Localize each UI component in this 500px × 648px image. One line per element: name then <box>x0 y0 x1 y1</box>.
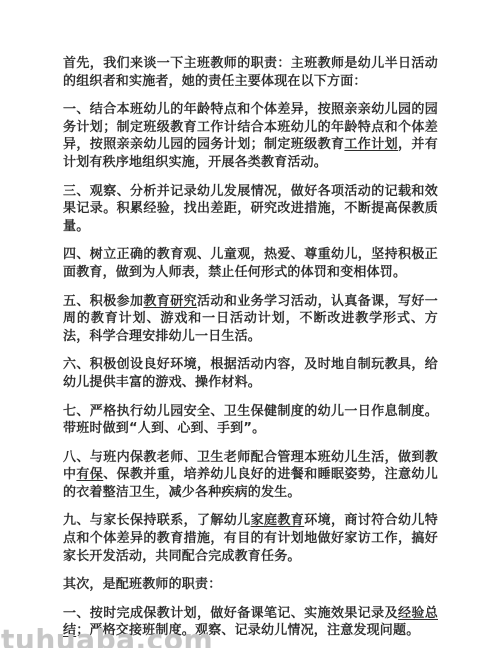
paragraph: 七、严格执行幼儿园安全、卫生保健制度的幼儿一日作息制度。带班时做到“人到、心到、… <box>63 403 438 438</box>
paragraph: 其次，是配班教师的职责： <box>63 576 438 594</box>
underlined-text-segment: 教育研究 <box>143 294 197 309</box>
underlined-text-segment: 有保 <box>76 467 103 482</box>
paragraph: 六、积极创设良好环境，根据活动内容，及时地自制玩教具，给幼儿提供丰富的游戏、操作… <box>63 356 438 391</box>
paragraph: 九、与家长保持联系，了解幼儿家庭教育环境，商讨符合幼儿特点和个体差异的教育措施，… <box>63 512 438 565</box>
underlined-text-segment: 家庭教育 <box>251 513 305 528</box>
paragraph: 三、观察、分析并记录幼儿发展情况，做好各项活动的记载和效果记录。积累经验，找出差… <box>63 183 438 236</box>
text-segment: 其次，是配班教师的职责： <box>63 577 221 592</box>
text-segment: 首先，我们来谈一下主班教师的职责：主班教师是幼儿半日活动的组织者和实施者，她的责… <box>63 56 438 89</box>
text-segment: 一、按时完成保教计划，做好备课笔记、实施效果记录及 <box>63 606 398 621</box>
text-segment: 四、树立正确的教育观、儿童观，热爱、尊重幼儿，坚持积极正面教育，做到为人师表，禁… <box>63 247 438 280</box>
text-segment: 五、积极参加 <box>63 294 143 309</box>
text-segment: 、保教并重，培养幼儿良好的进餐和睡眠姿势，注意幼儿的衣着整洁卫生，减少各种疾病的… <box>63 467 438 500</box>
underlined-text-segment: 工作计划 <box>344 137 398 152</box>
paragraph: 八、与班内保教老师、卫生老师配合管理本班幼儿生活，做到教中有保、保教并重，培养幼… <box>63 449 438 502</box>
paragraph: 一、结合本班幼儿的年龄特点和个体差异，按照亲亲幼儿园的园务计划；制定班级教育工作… <box>63 101 438 171</box>
text-segment: 六、积极创设良好环境，根据活动内容，及时地自制玩教具，给幼儿提供丰富的游戏、操作… <box>63 357 438 390</box>
paragraph: 五、积极参加教育研究活动和业务学习活动，认真备课，写好一周的教育计划、游戏和一日… <box>63 293 438 346</box>
paragraph: 首先，我们来谈一下主班教师的职责：主班教师是幼儿半日活动的组织者和实施者，她的责… <box>63 55 438 90</box>
watermark-logo: tuhuaba.com <box>1 623 213 648</box>
document-page: 首先，我们来谈一下主班教师的职责：主班教师是幼儿半日活动的组织者和实施者，她的责… <box>0 0 500 648</box>
text-segment: 三、观察、分析并记录幼儿发展情况，做好各项活动的记载和效果记录。积累经验，找出差… <box>63 184 438 234</box>
text-segment: 九、与家长保持联系，了解幼儿 <box>63 513 251 528</box>
paragraph: 四、树立正确的教育观、儿童观，热爱、尊重幼儿，坚持积极正面教育，做到为人师表，禁… <box>63 246 438 281</box>
document-body: 首先，我们来谈一下主班教师的职责：主班教师是幼儿半日活动的组织者和实施者，她的责… <box>63 55 438 640</box>
text-segment: 七、严格执行幼儿园安全、卫生保健制度的幼儿一日作息制度。带班时做到“人到、心到、… <box>63 404 438 437</box>
